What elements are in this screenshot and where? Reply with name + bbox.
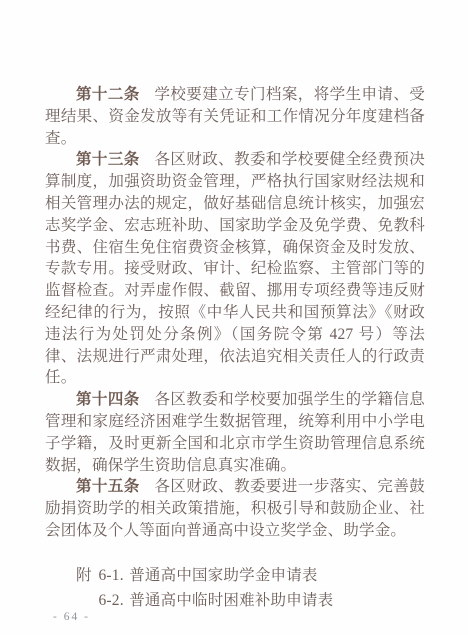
attachment-label: 6-2.: [98, 592, 123, 609]
attachment-item: 附6-1.普通高中国家助学金申请表: [76, 563, 425, 589]
paragraph-article-14: 第十四条各区教委和学校要加强学生的学籍信息管理和家庭经济困难学生数据管理，统筹利…: [45, 389, 425, 476]
attachment-list: 附6-1.普通高中国家助学金申请表 6-2.普通高中临时困难补助申请表: [45, 563, 425, 614]
article-13-body: 各区财政、教委和学校要健全经费预决算制度，加强资助资金管理，严格执行国家财经法规…: [45, 151, 425, 386]
attachment-prefix: 附: [76, 563, 98, 589]
attachment-item: 6-2.普通高中临时困难补助申请表: [76, 588, 425, 614]
attachment-title: 普通高中临时困难补助申请表: [129, 592, 333, 609]
paragraph-article-13: 第十三条各区财政、教委和学校要健全经费预决算制度，加强资助资金管理，严格执行国家…: [45, 149, 425, 389]
attachment-label: 6-1.: [98, 567, 123, 584]
paragraph-article-12: 第十二条学校要建立专门档案，将学生申请、受理结果、资金发放等有关凭证和工作情况分…: [45, 84, 425, 149]
document-page: 第十二条学校要建立专门档案，将学生申请、受理结果、资金发放等有关凭证和工作情况分…: [0, 0, 468, 635]
article-13-heading: 第十三条: [76, 151, 140, 168]
article-12-heading: 第十二条: [76, 86, 140, 103]
page-number: - 64 -: [53, 611, 90, 623]
article-15-heading: 第十五条: [76, 478, 140, 495]
article-14-heading: 第十四条: [76, 391, 140, 408]
paragraph-article-15: 第十五条各区财政、教委要进一步落实、完善鼓励捐资助学的相关政策措施，积极引导和鼓…: [45, 476, 425, 541]
document-body: 第十二条学校要建立专门档案，将学生申请、受理结果、资金发放等有关凭证和工作情况分…: [0, 0, 468, 614]
attachment-title: 普通高中国家助学金申请表: [129, 567, 317, 584]
